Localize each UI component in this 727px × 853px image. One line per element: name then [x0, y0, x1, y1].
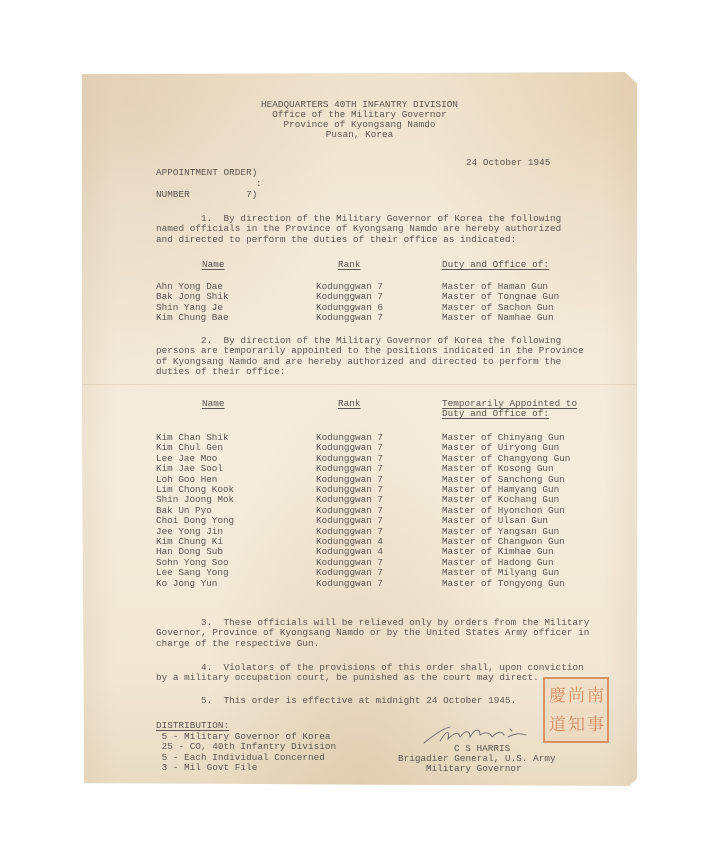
- official-name: Choi Dong Yong: [156, 516, 234, 526]
- order-number: NUMBER 7): [156, 190, 257, 200]
- paper-fold-line: [82, 384, 637, 385]
- s2-header-duty-2: Duty and Office of:: [442, 409, 549, 419]
- s2-header-name: Name: [202, 399, 225, 409]
- seal-glyph: 尚: [568, 683, 585, 710]
- s2-header-rank: Rank: [338, 399, 361, 409]
- table-row: Ko Jong YunKodunggwan 7Master of Tongyon…: [82, 579, 637, 589]
- official-rank: Kodunggwan 7: [316, 313, 383, 323]
- official-rank: Kodunggwan 7: [316, 516, 383, 526]
- paragraph-line: and directed to perform the duties of th…: [156, 235, 516, 245]
- table-row: Lee Sang YongKodunggwan 7Master of Milya…: [82, 568, 637, 578]
- table-row: Choi Dong YongKodunggwan 7Master of Ulsa…: [82, 516, 637, 526]
- seal-glyph: 慶: [549, 683, 566, 710]
- official-duty: Master of Ulsan Gun: [442, 516, 548, 526]
- paragraph-line: by a military occupation court, be punis…: [156, 673, 539, 683]
- s1-header-rank: Rank: [338, 260, 361, 270]
- seal-glyph: 知: [568, 712, 585, 739]
- seal-glyph: 南: [587, 683, 604, 710]
- seal-glyph: 道: [549, 712, 566, 739]
- s1-header-name: Name: [202, 260, 225, 270]
- distribution-item: 3 - Mil Govt File: [156, 763, 257, 773]
- official-name: Lee Sang Yong: [156, 568, 229, 578]
- official-name: Kim Chung Bae: [156, 313, 229, 323]
- paragraph-line: charge of the respective Gun.: [156, 639, 319, 649]
- official-duty: Master of Kosong Gun: [442, 464, 554, 474]
- official-rank: Kodunggwan 7: [316, 568, 383, 578]
- table-row: Kim Chung BaeKodunggwan 7Master of Namha…: [82, 313, 637, 323]
- official-duty: Master of Tongyong Gun: [442, 579, 565, 589]
- seal-glyph: 事: [587, 712, 604, 739]
- official-duty: Master of Milyang Gun: [442, 568, 559, 578]
- document-date: 24 October 1945: [466, 158, 550, 168]
- table-row: Kim Jae SoolKodunggwan 7Master of Kosong…: [82, 464, 637, 474]
- official-seal-stamp: 慶 尚 南 道 知 事: [543, 677, 609, 743]
- signatory-title-2: Military Governor: [426, 764, 522, 774]
- official-name: Kim Jae Sool: [156, 464, 223, 474]
- paragraph-line: duties of their office:: [156, 367, 285, 377]
- s1-header-duty: Duty and Office of:: [442, 260, 549, 270]
- order-label-line-1: APPOINTMENT ORDER): [156, 168, 257, 178]
- official-duty: Master of Namhae Gun: [442, 313, 554, 323]
- section-5-paragraph: 5. This order is effective at midnight 2…: [156, 696, 516, 706]
- distribution-title: DISTRIBUTION:: [156, 721, 229, 731]
- official-rank: Kodunggwan 7: [316, 579, 383, 589]
- official-name: Ko Jong Yun: [156, 579, 217, 589]
- official-rank: Kodunggwan 7: [316, 464, 383, 474]
- order-label-line-2: :: [256, 179, 262, 189]
- letterhead-line-4: Pusan, Korea: [82, 130, 637, 140]
- document-page: HEADQUARTERS 40TH INFANTRY DIVISION Offi…: [82, 72, 637, 786]
